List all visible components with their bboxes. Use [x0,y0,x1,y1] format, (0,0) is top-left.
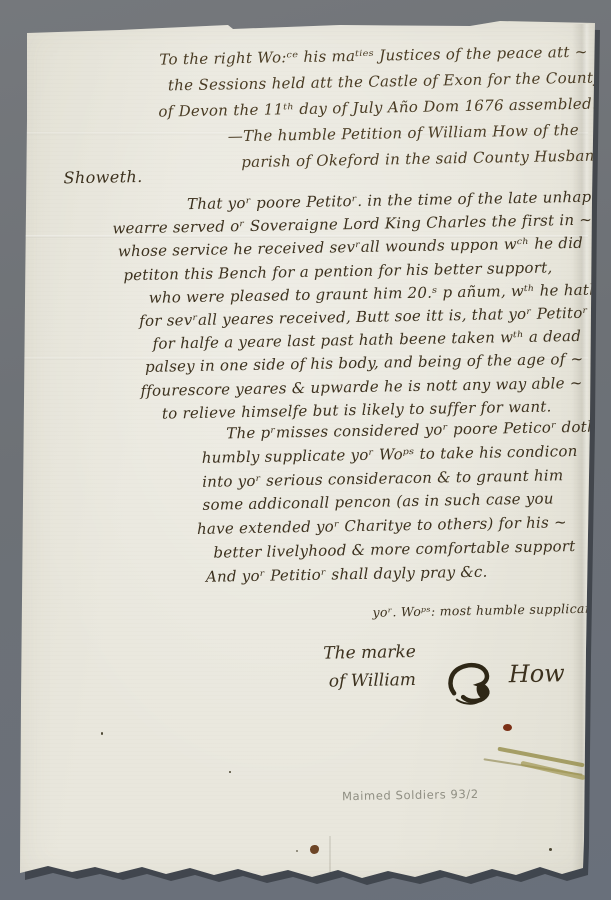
handwriting-layer: To the right Wo:ᶜᵉ his maᵗⁱᵉˢ Justices o… [0,0,611,900]
paper-speck [296,850,298,852]
signature-surname: How [508,659,564,688]
paper-speck [101,732,103,735]
signature-block: The marke of William How [305,639,596,716]
signature-name-line: of William How [306,665,596,670]
paper-speck [229,771,231,773]
handwritten-line: parish of Okeford in the said County Hus… [241,142,611,175]
paper-speck [549,848,552,851]
petition-prayer: The pʳmisses considered yoʳ poore Petico… [201,416,600,590]
photograph-backdrop: To the right Wo:ᶜᵉ his maᵗⁱᵉˢ Justices o… [0,0,611,900]
archive-annotation: Maimed Soldiers 93/2 [342,787,479,803]
petition-document-sheet: To the right Wo:ᶜᵉ his maᵗⁱᵉˢ Justices o… [0,0,611,900]
petition-body: That yoʳ poore Petitoʳ. in the time of t… [132,185,611,426]
petition-heading: To the right Wo:ᶜᵉ his maᵗⁱᵉˢ Justices o… [157,38,611,176]
william-how-signature-mark-icon [443,658,500,709]
signature-name-pre: of William [329,670,416,692]
closing-line: yoʳ. Woᵖˢ: most humble supplicant [372,601,598,620]
salutation: Showeth. [63,167,142,187]
